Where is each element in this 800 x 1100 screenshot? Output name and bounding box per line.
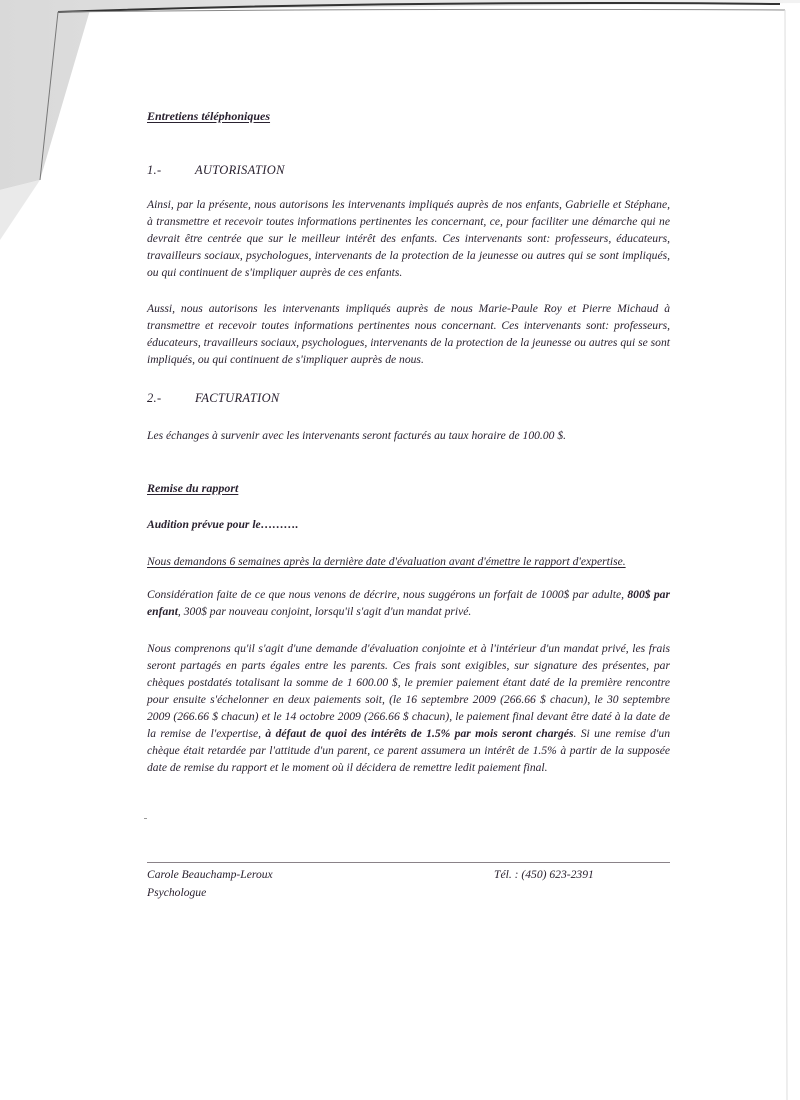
paragraph-autorisation-parents: Aussi, nous autorisons les intervenants …	[147, 300, 670, 368]
signature-block: Carole Beauchamp-Leroux Psychologue	[147, 866, 273, 902]
signature-phone: Tél. : (450) 623-2391	[494, 866, 594, 884]
stray-mark	[144, 818, 147, 819]
paiement-bold: à défaut de quoi des intérêts de 1.5% pa…	[265, 727, 573, 740]
section-heading-entretiens: Entretiens téléphoniques	[147, 108, 670, 125]
paragraph-paiement: Nous comprenons qu'il s'agit d'une deman…	[147, 640, 670, 776]
paragraph-autorisation-enfants: Ainsi, par la présente, nous autorisons …	[147, 196, 670, 281]
section-heading-remise: Remise du rapport	[147, 480, 670, 497]
heading-facturation: 2.-FACTURATION	[147, 390, 670, 407]
forfait-text-1: Considération faite de ce que nous venon…	[147, 588, 627, 601]
paiement-text-1: Nous comprenons qu'il s'agit d'une deman…	[147, 642, 670, 740]
audition-line: Audition prévue pour le……….	[147, 516, 670, 533]
paragraph-forfait: Considération faite de ce que nous venon…	[147, 586, 670, 620]
document-page: Entretiens téléphoniques 1.-AUTORISATION…	[0, 0, 800, 1100]
delay-notice: Nous demandons 6 semaines après la derni…	[147, 553, 670, 570]
signature-role: Psychologue	[147, 884, 273, 902]
forfait-text-2: , 300$ par nouveau conjoint, lorsqu'il s…	[178, 605, 471, 618]
heading-title: FACTURATION	[195, 391, 280, 405]
heading-autorisation: 1.-AUTORISATION	[147, 162, 670, 179]
signature-rule	[147, 862, 670, 863]
signature-name: Carole Beauchamp-Leroux	[147, 866, 273, 884]
heading-title: AUTORISATION	[195, 163, 285, 177]
heading-number: 1.-	[147, 162, 195, 179]
heading-number: 2.-	[147, 390, 195, 407]
paragraph-facturation: Les échanges à survenir avec les interve…	[147, 427, 670, 444]
